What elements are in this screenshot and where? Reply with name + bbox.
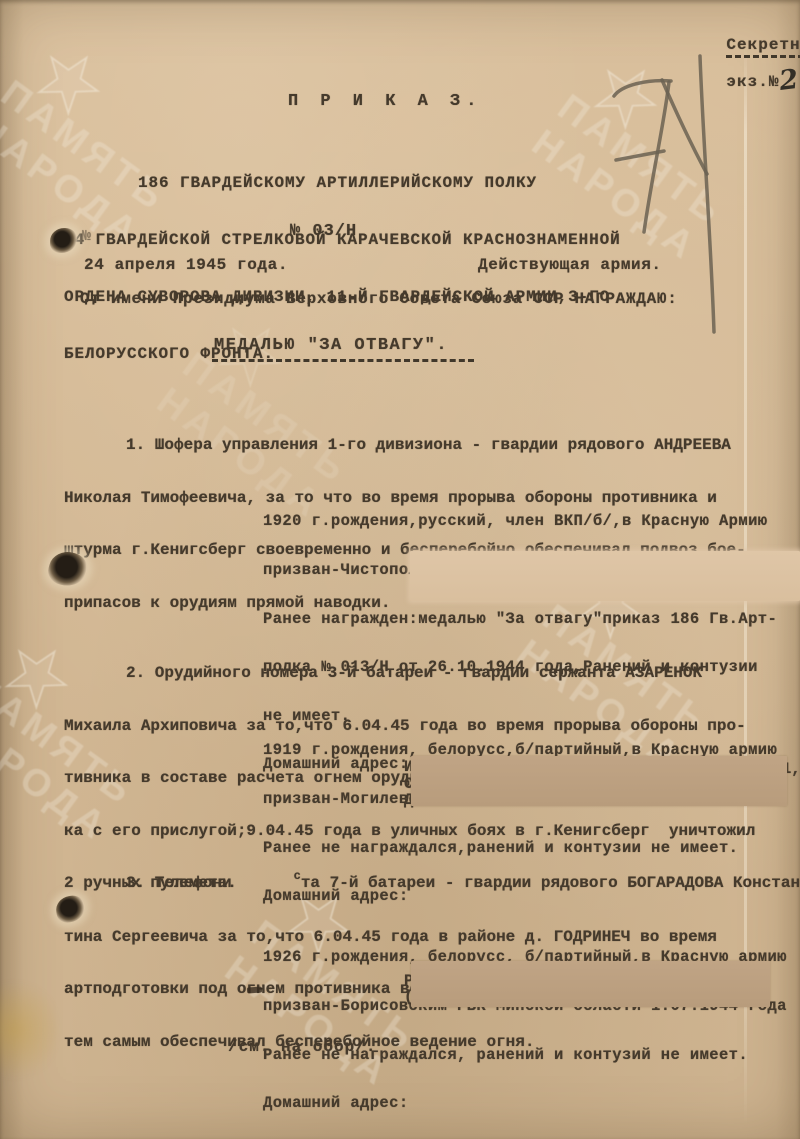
order-title: П Р И К А З. <box>288 92 482 111</box>
ghost-type-mark: № <box>82 228 91 245</box>
entry-detail-line: Ранее награжден:медалью "За отвагу"прика… <box>263 611 787 627</box>
addressee-line: 186 ГВАРДЕЙСКОМУ АРТИЛЛЕРИЙСКОМУ ПОЛКУ <box>138 174 621 193</box>
typed-correction-superscript: с <box>232 868 301 886</box>
address-redaction <box>411 961 770 1007</box>
scanned-order-document: ПАМЯТЬ НАРОДА ПАМЯТЬ НАРОДА ПАМЯТЬ НАРОД… <box>0 0 800 1139</box>
army-note: Действующая армия. <box>478 256 662 274</box>
preamble: От имени Президиума Верховного Совета Со… <box>80 290 678 308</box>
handwritten-copy-number: 2 <box>778 64 800 97</box>
ink-smudge <box>247 986 262 993</box>
entry-paragraph-line: 3. Телефониста 7-й батареи - гвардии ряд… <box>64 875 800 894</box>
entry-paragraph-line: 1. Шофера управления 1-го дивизиона - гв… <box>64 437 746 455</box>
entry-3-details: 1926 г.рождения, белорусс, б/партийный,в… <box>263 917 787 1139</box>
order-date: 24 апреля 1945 года. <box>84 256 288 274</box>
star-icon <box>27 37 114 124</box>
star-icon <box>584 51 671 138</box>
footer-note: /см. на обор/. <box>228 1038 376 1056</box>
entry-detail-line: Домашний адрес: <box>263 1095 787 1111</box>
entry-line-suffix: та 7-й батареи - гвардии рядового БОГАРА… <box>301 874 800 892</box>
copy-number-label: экз.№ <box>726 73 779 91</box>
order-number: № 03/Н <box>290 222 357 241</box>
entry-line-prefix: 3. Телефони <box>126 874 232 892</box>
paper-stain <box>0 975 57 1085</box>
award-heading: МЕДАЛЬЮ "ЗА ОТВАГУ". <box>212 336 474 362</box>
entry-detail-line: 1920 г.рождения,русский, член ВКП/б/,в К… <box>263 513 787 529</box>
address-redaction <box>410 551 800 601</box>
address-redaction <box>411 756 787 806</box>
copy-number-line: экз.№2 <box>684 44 798 111</box>
entry-paragraph-line: 2. Орудийного номера 3-й батареи - гвард… <box>64 665 755 683</box>
